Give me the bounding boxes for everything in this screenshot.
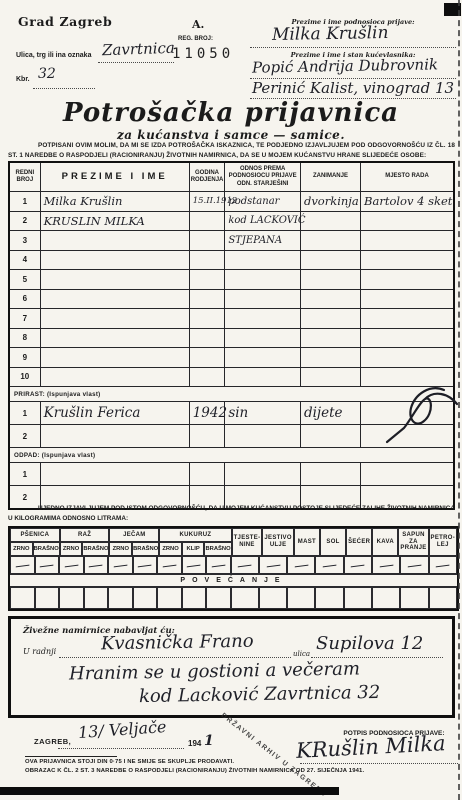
declaration-paragraph-middle: UJEDNO IZJAVLJUJEM POD ISTOM ODGOVORNOŠĆ… — [8, 504, 455, 523]
member-birth-year — [189, 211, 225, 231]
col-sapun: SAPUN ZA PRANJE — [398, 528, 428, 556]
member-workplace — [361, 211, 454, 231]
prirast-row: 2 — [9, 425, 454, 448]
col-jecam: JEČAM — [109, 528, 159, 542]
household-member-row: 8 — [9, 328, 454, 348]
member-occupation — [300, 270, 360, 290]
member-occupation — [300, 463, 360, 486]
household-member-row: 10 — [9, 367, 454, 387]
stock-value-cell: — — [259, 556, 287, 574]
landlord-handwritten-line1: Popić Andrija Dubrovnik — [252, 55, 438, 76]
handwritten-dash: — — [350, 564, 365, 566]
increase-value-cell — [287, 587, 315, 609]
member-relation: podstanar — [225, 192, 301, 212]
increase-value-cell — [84, 587, 109, 609]
street-handwritten-value: Zavrtnica — [102, 39, 175, 60]
member-workplace: Bartolov 4 sket — [361, 192, 454, 212]
handwritten-dash: — — [113, 564, 128, 566]
date-handwritten-value: 13/ Veljače — [77, 717, 167, 742]
col-header-prezime-ime: PREZIME I IME — [40, 162, 189, 192]
increase-value-cell — [429, 587, 457, 609]
member-name — [40, 367, 189, 387]
stock-value-cell: — — [372, 556, 400, 574]
row-number: 9 — [9, 348, 40, 368]
increase-value-cell — [259, 587, 287, 609]
odpad-row: 1 — [9, 463, 454, 486]
member-occupation: dvorkinja — [300, 192, 360, 212]
increase-value-cell — [315, 587, 343, 609]
stock-value-cell: — — [157, 556, 182, 574]
row-number: 2 — [9, 211, 40, 231]
row-number: 5 — [9, 270, 40, 290]
odpad-label: ODPAD: (Ispunjava vlast) — [9, 448, 454, 463]
registration-number-stamp: 11050 — [172, 46, 234, 62]
member-occupation — [300, 425, 360, 448]
member-birth-year — [189, 270, 225, 290]
footnote-rule — [25, 756, 117, 757]
form-letter: A. — [192, 18, 204, 31]
member-birth-year — [189, 425, 225, 448]
supplies-stock-row: — — — — — — — — — — — — — [10, 556, 457, 574]
stock-value-cell: — — [231, 556, 259, 574]
col-tjestenine: TJESTE-NINE — [232, 528, 263, 556]
subcol-brasno: BRAŠNO — [33, 542, 60, 556]
declaration-paragraph-top: POTPISANI OVIM MOLIM, DA MI SE IZDA POTR… — [8, 141, 455, 161]
member-relation: STJEPANA — [225, 231, 301, 251]
member-birth-year — [189, 348, 225, 368]
handwritten-dash: — — [15, 564, 30, 566]
handwritten-dash: — — [162, 564, 177, 566]
member-relation — [225, 463, 301, 486]
supplies-header-grid: PŠENICA RAŽ JEČAM KUKURUZ TJESTE-NINE JE… — [10, 528, 457, 556]
member-relation — [225, 425, 301, 448]
member-birth-year — [189, 309, 225, 329]
stock-value-cell: — — [84, 556, 109, 574]
member-relation: sin — [225, 402, 301, 425]
col-psenica: PŠENICA — [10, 528, 60, 542]
prirast-label: PRIRAST: (Ispunjava vlast) — [9, 387, 454, 402]
member-name: Krušlin Ferica — [40, 402, 189, 425]
footnote-price: OVA PRIJAVNICA STOJI DIN 0·75 I NE SMIJE… — [25, 759, 445, 765]
member-workplace — [361, 402, 454, 425]
household-member-row: 6 — [9, 289, 454, 309]
handwritten-dash: — — [237, 564, 252, 566]
household-member-row: 1 Milka Krušlin 15.II.1912 podstanar dvo… — [9, 192, 454, 212]
member-workplace — [361, 250, 454, 270]
member-birth-year: 1942 — [189, 402, 225, 425]
form-title: Potrošačka prijavnica — [0, 98, 462, 128]
applicant-dotted-line — [250, 47, 456, 48]
household-table-header-row: REDNI BROJ PREZIME I IME GODINA RODJENJA… — [9, 162, 454, 192]
handwritten-dash: — — [88, 564, 103, 566]
member-relation — [225, 328, 301, 348]
member-name — [40, 309, 189, 329]
house-number-dotted-line — [33, 88, 95, 89]
member-occupation — [300, 231, 360, 251]
member-workplace — [361, 348, 454, 368]
increase-value-cell — [182, 587, 207, 609]
increase-value-cell — [400, 587, 428, 609]
col-kava: KAVA — [372, 528, 398, 556]
stock-value-cell: — — [400, 556, 428, 574]
row-number: 1 — [9, 463, 40, 486]
col-mast: MAST — [294, 528, 320, 556]
stock-value-cell: — — [182, 556, 207, 574]
handwritten-dash: — — [294, 564, 309, 566]
row-number: 7 — [9, 309, 40, 329]
applicant-name-handwritten: Milka Krušlin — [272, 23, 389, 45]
col-jestivo-ulje: JESTIVO ULJE — [262, 528, 293, 556]
applicant-header-block: Prezime i ime podnosioca prijave: Milka … — [250, 12, 456, 98]
shop-handwritten-value: Kvasnička Frano — [101, 631, 254, 655]
purchase-declaration-box: Živežne namirnice nabavljat ću: U radnji… — [8, 616, 455, 718]
col-header-odnos: ODNOS PREMA PODNOSIOCU PRIJAVE ODN. STAR… — [225, 162, 301, 192]
col-header-redni-broj: REDNI BROJ — [9, 162, 40, 192]
member-workplace — [361, 367, 454, 387]
increase-value-cell — [344, 587, 372, 609]
date-dotted-line — [58, 748, 184, 749]
subcol-zrno: ZRNO — [60, 542, 83, 556]
household-member-row: 3 STJEPANA — [9, 231, 454, 251]
stock-value-cell: — — [429, 556, 457, 574]
member-workplace — [361, 309, 454, 329]
increase-value-cell — [10, 587, 35, 609]
year-printed: 194 — [188, 739, 201, 748]
prirast-band: PRIRAST: (Ispunjava vlast) — [9, 387, 454, 402]
handwritten-dash: — — [435, 564, 450, 566]
subcol-klip: KLIP — [182, 542, 205, 556]
supplies-increase-row — [10, 587, 457, 609]
col-secer: ŠEĆER — [346, 528, 372, 556]
house-number-handwritten-value: 32 — [38, 66, 56, 82]
subcol-brasno: BRAŠNO — [82, 542, 109, 556]
member-workplace — [361, 270, 454, 290]
stock-value-cell: — — [59, 556, 84, 574]
handwritten-note-line1: Hranim se u gostioni a večeram — [69, 658, 360, 684]
member-birth-year — [189, 463, 225, 486]
col-sol: SOL — [320, 528, 346, 556]
member-relation — [225, 348, 301, 368]
col-kukuruz: KUKURUZ — [159, 528, 231, 542]
food-supplies-table: PŠENICA RAŽ JEČAM KUKURUZ TJESTE-NINE JE… — [8, 526, 459, 611]
house-number-label: Kbr. — [16, 76, 30, 83]
member-name — [40, 250, 189, 270]
member-workplace — [361, 463, 454, 486]
row-number: 6 — [9, 289, 40, 309]
household-member-row: 5 — [9, 270, 454, 290]
member-relation — [225, 309, 301, 329]
handwritten-dash: — — [39, 564, 54, 566]
handwritten-dash: — — [137, 564, 152, 566]
row-number: 4 — [9, 250, 40, 270]
handwritten-dash: — — [322, 564, 337, 566]
member-workplace — [361, 289, 454, 309]
shop-street-dotted-line — [311, 657, 443, 658]
handwritten-dash: — — [266, 564, 281, 566]
handwritten-dash: — — [186, 564, 201, 566]
member-name — [40, 270, 189, 290]
row-number: 1 — [9, 402, 40, 425]
member-occupation — [300, 328, 360, 348]
col-header-mjesto-rada: MJESTO RADA — [361, 162, 454, 192]
form-subtitle: za kućanstva i samce — samice. — [0, 128, 462, 142]
stock-value-cell: — — [315, 556, 343, 574]
member-birth-year — [189, 367, 225, 387]
member-name — [40, 289, 189, 309]
member-occupation — [300, 309, 360, 329]
stock-value-cell: — — [10, 556, 35, 574]
member-name — [40, 231, 189, 251]
date-city-label: ZAGREB, — [34, 737, 71, 746]
member-name — [40, 328, 189, 348]
handwritten-dash: — — [211, 564, 226, 566]
shop-street-label: ulica — [293, 650, 310, 658]
subcol-zrno: ZRNO — [10, 542, 33, 556]
member-name: KRUSLIN MILKA — [40, 211, 189, 231]
member-birth-year — [189, 289, 225, 309]
stock-value-cell: — — [133, 556, 158, 574]
col-petrolej: PETRO-LEJ — [429, 528, 457, 556]
scan-artifact-corner — [444, 3, 461, 16]
row-number: 1 — [9, 192, 40, 212]
handwritten-dash: — — [379, 564, 394, 566]
handwritten-dash: — — [64, 564, 79, 566]
prirast-row: 1 Krušlin Ferica 1942 sin dijete — [9, 402, 454, 425]
member-occupation: dijete — [300, 402, 360, 425]
household-member-row: 9 — [9, 348, 454, 368]
household-member-row: 7 — [9, 309, 454, 329]
member-occupation — [300, 250, 360, 270]
street-dotted-line — [98, 62, 174, 63]
subcol-zrno: ZRNO — [159, 542, 182, 556]
row-number: 8 — [9, 328, 40, 348]
member-occupation — [300, 348, 360, 368]
scanned-form-page: Grad Zagreb Ulica, trg ili ina oznaka Za… — [0, 0, 462, 800]
subcol-zrno: ZRNO — [109, 542, 132, 556]
handwritten-dash: — — [407, 564, 422, 566]
member-relation: kod LACKOVIĆ — [225, 211, 301, 231]
member-relation — [225, 289, 301, 309]
handwritten-note-line2: kod Lacković Zavrtnica 32 — [139, 682, 381, 707]
increase-value-cell — [35, 587, 60, 609]
street-label: Ulica, trg ili ina oznaka — [16, 52, 91, 59]
shop-dotted-line — [59, 657, 291, 658]
member-name: Milka Krušlin — [40, 192, 189, 212]
stock-value-cell: — — [108, 556, 133, 574]
subcol-brasno: BRAŠNO — [132, 542, 159, 556]
member-birth-year: 15.II.1912 — [189, 192, 225, 212]
member-name — [40, 425, 189, 448]
member-birth-year — [189, 231, 225, 251]
member-workplace — [361, 328, 454, 348]
member-name — [40, 348, 189, 368]
increase-value-cell — [231, 587, 259, 609]
stock-value-cell: — — [344, 556, 372, 574]
landlord-handwritten-line2: Perinić Kalist, vinograd 13 — [252, 79, 454, 97]
povecanje-band: POVEĆANJE — [10, 574, 457, 587]
shop-street-handwritten-value: Supilova 12 — [316, 633, 423, 654]
scan-artifact-bottom-bar — [0, 787, 339, 795]
increase-value-cell — [108, 587, 133, 609]
household-member-row: 4 — [9, 250, 454, 270]
household-members-table: REDNI BROJ PREZIME I IME GODINA RODJENJA… — [8, 161, 455, 510]
member-birth-year — [189, 250, 225, 270]
member-occupation — [300, 289, 360, 309]
increase-value-cell — [157, 587, 182, 609]
household-member-row: 2 KRUSLIN MILKA kod LACKOVIĆ — [9, 211, 454, 231]
subcol-brasno: BRAŠNO — [204, 542, 231, 556]
footnote-regulation: OBRAZAC K ČL. 2 ST. 3 NAREDBE O RASPODJE… — [25, 768, 455, 774]
member-relation — [225, 270, 301, 290]
row-number: 3 — [9, 231, 40, 251]
member-occupation — [300, 211, 360, 231]
col-header-godina-rodjenja: GODINA RODJENJA — [189, 162, 225, 192]
increase-value-cell — [206, 587, 231, 609]
member-workplace — [361, 425, 454, 448]
row-number: 10 — [9, 367, 40, 387]
row-number: 2 — [9, 425, 40, 448]
shop-label: U radnji — [23, 647, 56, 656]
year-handwritten-digit: 1 — [204, 733, 214, 749]
member-name — [40, 463, 189, 486]
stock-value-cell: — — [35, 556, 60, 574]
stock-value-cell: — — [287, 556, 315, 574]
increase-value-cell — [59, 587, 84, 609]
increase-value-cell — [133, 587, 158, 609]
member-relation — [225, 250, 301, 270]
col-header-zanimanje: ZANIMANJE — [300, 162, 360, 192]
member-occupation — [300, 367, 360, 387]
city-heading: Grad Zagreb — [18, 14, 112, 29]
member-birth-year — [189, 328, 225, 348]
odpad-band: ODPAD: (Ispunjava vlast) — [9, 448, 454, 463]
member-relation — [225, 367, 301, 387]
col-raz: RAŽ — [60, 528, 110, 542]
registration-number-label: REG. BROJ: — [178, 36, 213, 42]
increase-value-cell — [372, 587, 400, 609]
member-workplace — [361, 231, 454, 251]
stock-value-cell: — — [206, 556, 231, 574]
